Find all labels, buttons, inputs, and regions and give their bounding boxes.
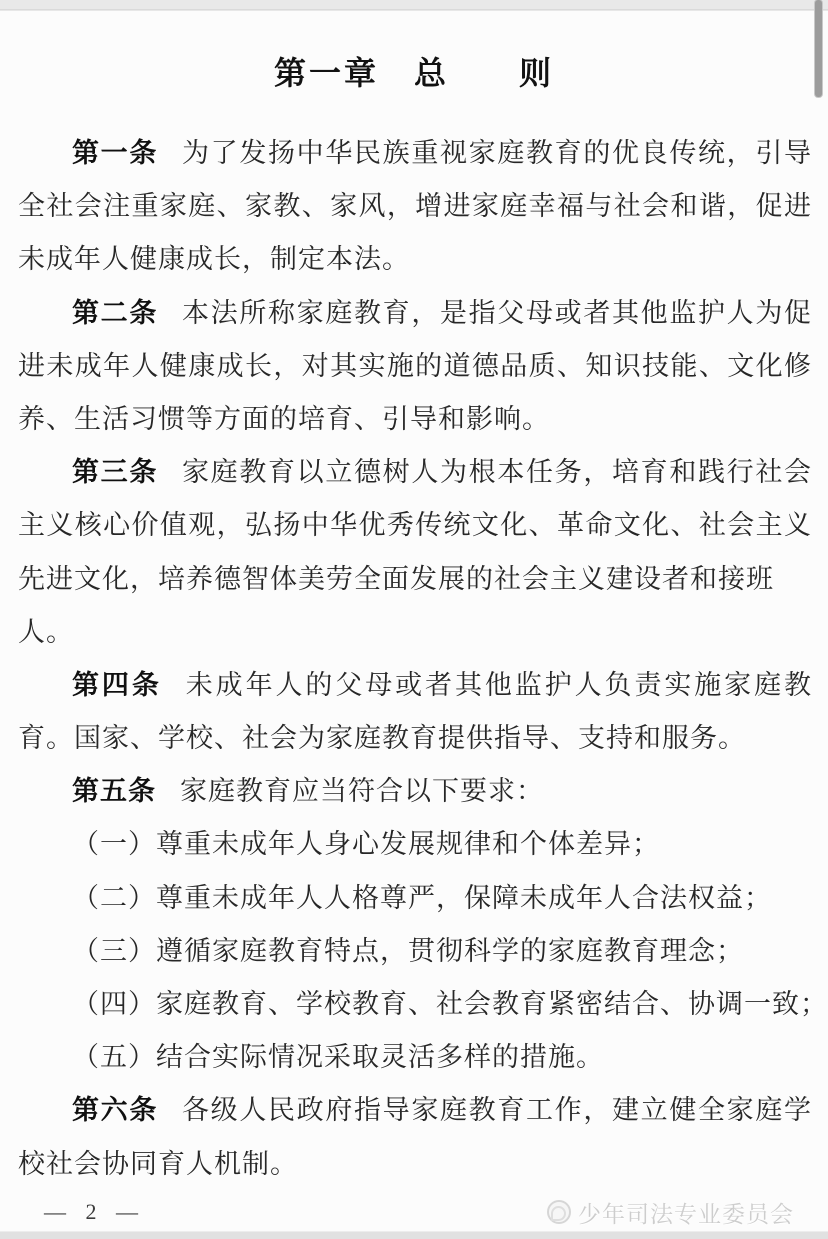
background-top-strip	[0, 0, 828, 10]
chapter-title: 第一章 总 则	[0, 48, 828, 94]
line-text: （五）结合实际情况采取灵活多样的措施。	[72, 1042, 604, 1072]
text-line: （四）家庭教育、学校教育、社会教育紧密结合、协调一致；	[18, 978, 812, 1031]
article-number: 第四条	[72, 670, 162, 700]
line-text: 校社会协同育人机制。	[18, 1149, 298, 1179]
line-text: 全社会注重家庭、家教、家风，增进家庭幸福与社会和谐，促进	[18, 191, 812, 221]
line-text: 家庭教育应当符合以下要求：	[180, 776, 544, 806]
text-line: （三）遵循家庭教育特点，贯彻科学的家庭教育理念；	[18, 925, 812, 978]
scrollbar-thumb[interactable]	[815, 0, 822, 97]
article-number: 第六条	[72, 1095, 158, 1125]
line-text: （一）尊重未成年人身心发展规律和个体差异；	[72, 829, 660, 859]
line-text: 各级人民政府指导家庭教育工作，建立健全家庭学	[182, 1095, 812, 1125]
line-text: 育。国家、学校、社会为家庭教育提供指导、支持和服务。	[18, 723, 746, 753]
line-text: 未成年人的父母或者其他监护人负责实施家庭教	[186, 670, 812, 700]
text-line: 进未成年人健康成长，对其实施的道德品质、知识技能、文化修	[18, 340, 812, 393]
text-line: 第一条为了发扬中华民族重视家庭教育的优良传统，引导	[18, 127, 812, 180]
text-line: （一）尊重未成年人身心发展规律和个体差异；	[18, 818, 812, 871]
text-line: 第六条各级人民政府指导家庭教育工作，建立健全家庭学	[18, 1084, 812, 1137]
line-text: 家庭教育以立德树人为根本任务，培育和践行社会	[182, 457, 812, 487]
text-line: 全社会注重家庭、家教、家风，增进家庭幸福与社会和谐，促进	[18, 180, 812, 233]
line-text: （三）遵循家庭教育特点，贯彻科学的家庭教育理念；	[72, 936, 744, 966]
article-number: 第一条	[72, 138, 158, 168]
watermark-text: 少年司法专业委员会	[578, 1196, 794, 1229]
text-line: 第五条家庭教育应当符合以下要求：	[18, 765, 812, 818]
text-line: 人。	[18, 606, 812, 659]
text-line: 第二条本法所称家庭教育，是指父母或者其他监护人为促	[18, 287, 812, 340]
document-body: 第一条为了发扬中华民族重视家庭教育的优良传统，引导全社会注重家庭、家教、家风，增…	[18, 127, 812, 1191]
article-number: 第三条	[72, 457, 158, 487]
text-line: 养、生活习惯等方面的培育、引导和影响。	[18, 393, 812, 446]
line-text: 人。	[18, 617, 74, 647]
line-text: （四）家庭教育、学校教育、社会教育紧密结合、协调一致；	[72, 989, 828, 1019]
page-footer: — 2 — 少年司法专业委员会	[0, 1193, 828, 1231]
page-number: — 2 —	[44, 1193, 145, 1231]
watermark: 少年司法专业委员会	[547, 1193, 794, 1231]
line-text: （二）尊重未成年人人格尊严，保障未成年人合法权益；	[72, 883, 772, 913]
text-line: 第三条家庭教育以立德树人为根本任务，培育和践行社会	[18, 446, 812, 499]
line-text: 未成年人健康成长，制定本法。	[18, 244, 410, 274]
line-text: 先进文化，培养德智体美劳全面发展的社会主义建设者和接班	[18, 564, 774, 594]
text-line: 先进文化，培养德智体美劳全面发展的社会主义建设者和接班	[18, 553, 812, 606]
line-text: 本法所称家庭教育，是指父母或者其他监护人为促	[182, 298, 812, 328]
document-page: 第一章 总 则 第一条为了发扬中华民族重视家庭教育的优良传统，引导全社会注重家庭…	[0, 11, 828, 1231]
text-line: 未成年人健康成长，制定本法。	[18, 233, 812, 286]
text-line: 主义核心价值观，弘扬中华优秀传统文化、革命文化、社会主义	[18, 499, 812, 552]
committee-logo-icon	[547, 1200, 571, 1224]
text-line: （二）尊重未成年人人格尊严，保障未成年人合法权益；	[18, 872, 812, 925]
line-text: 为了发扬中华民族重视家庭教育的优良传统，引导	[182, 138, 812, 168]
text-line: 校社会协同育人机制。	[18, 1138, 812, 1191]
text-line: 第四条未成年人的父母或者其他监护人负责实施家庭教	[18, 659, 812, 712]
document-viewport: 第一章 总 则 第一条为了发扬中华民族重视家庭教育的优良传统，引导全社会注重家庭…	[0, 0, 828, 1239]
line-text: 进未成年人健康成长，对其实施的道德品质、知识技能、文化修	[18, 351, 812, 381]
text-line: 育。国家、学校、社会为家庭教育提供指导、支持和服务。	[18, 712, 812, 765]
line-text: 主义核心价值观，弘扬中华优秀传统文化、革命文化、社会主义	[18, 510, 812, 540]
background-bottom-strip	[0, 1231, 828, 1239]
text-line: （五）结合实际情况采取灵活多样的措施。	[18, 1031, 812, 1084]
line-text: 养、生活习惯等方面的培育、引导和影响。	[18, 404, 550, 434]
article-number: 第五条	[72, 776, 156, 806]
article-number: 第二条	[72, 298, 158, 328]
